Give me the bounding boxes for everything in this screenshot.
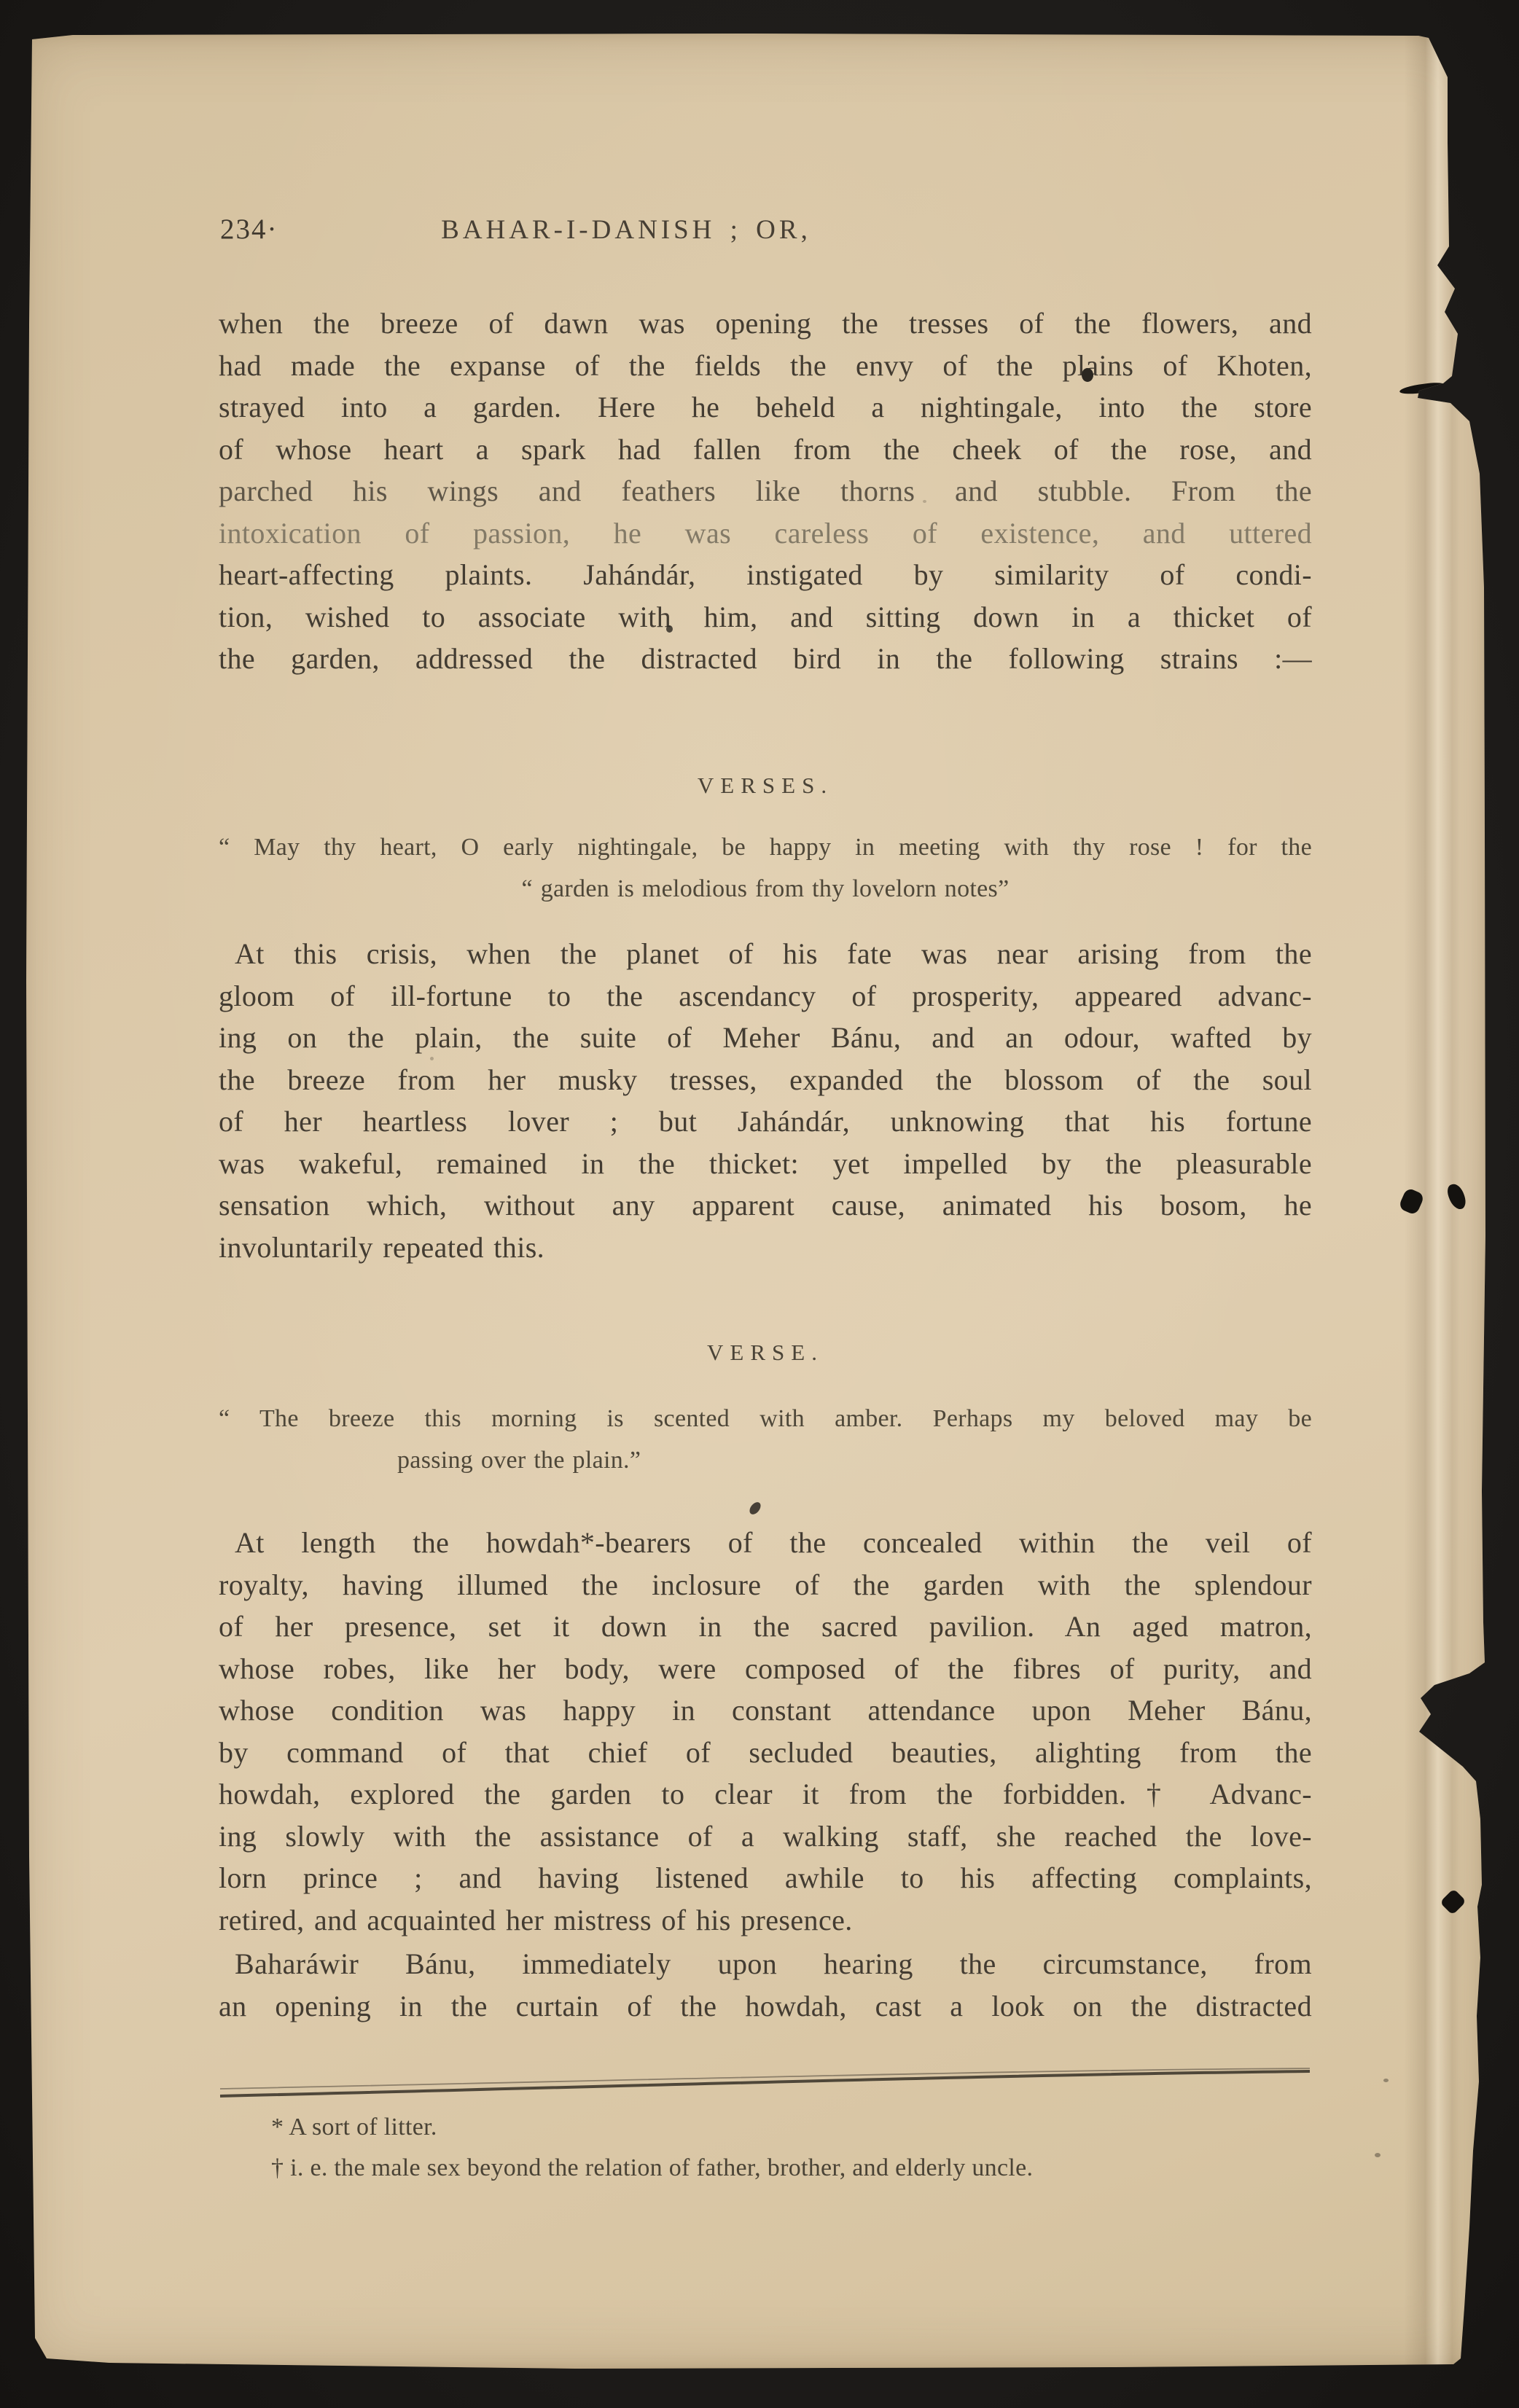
page-header: 234· BAHAR-I-DANISH ; OR, xyxy=(219,211,1312,262)
ink-blot xyxy=(1082,368,1093,382)
verse-line: passing over the plain.” xyxy=(219,1439,1312,1481)
paragraph-2: At this crisis, when the planet of his f… xyxy=(219,933,1312,1268)
verse-line: “ May thy heart, O early nightingale, be… xyxy=(219,826,1312,868)
text-line: At this crisis, when the planet of his f… xyxy=(219,933,1312,975)
text-line: of whose heart a spark had fallen from t… xyxy=(219,429,1312,471)
text-line: retired, and acquainted her mistress of … xyxy=(219,1899,1312,1942)
footnote-rule xyxy=(219,2060,1312,2103)
text-line: At length the howdah*-bearers of the con… xyxy=(219,1522,1312,1564)
text-line: by command of that chief of secluded bea… xyxy=(219,1732,1312,1774)
verse-2: “ The breeze this morning is scented wit… xyxy=(219,1398,1312,1481)
text-line: when the breeze of dawn was opening the … xyxy=(219,302,1312,345)
text-line: whose robes, like her body, were compose… xyxy=(219,1648,1312,1690)
text-line: the garden, addressed the distracted bir… xyxy=(219,638,1312,680)
text-line: tion, wished to associate with him, and … xyxy=(219,596,1312,638)
text-line: sensation which, without any apparent ca… xyxy=(219,1184,1312,1227)
verse-heading: VERSE. xyxy=(219,1340,1312,1366)
scanned-page-photo: 234· BAHAR-I-DANISH ; OR, when the breez… xyxy=(0,0,1519,2408)
footnote-2: † i. e. the male sex beyond the relation… xyxy=(219,2151,1364,2186)
text-line: the breeze from her musky tresses, expan… xyxy=(219,1059,1312,1101)
running-title: BAHAR-I-DANISH ; OR, xyxy=(219,214,1034,246)
text-line: gloom of ill-fortune to the ascendancy o… xyxy=(219,975,1312,1017)
paper-speck xyxy=(430,1057,434,1060)
paper-speck xyxy=(923,500,926,503)
verse-1: “ May thy heart, O early nightingale, be… xyxy=(219,826,1312,910)
text-line: ing on the plain, the suite of Meher Bán… xyxy=(219,1017,1312,1059)
verse-line: “ garden is melodious from thy lovelorn … xyxy=(219,868,1312,910)
verse-line: “ The breeze this morning is scented wit… xyxy=(219,1398,1312,1439)
text-line: an opening in the curtain of the howdah,… xyxy=(219,1985,1312,2028)
text-line: lorn prince ; and having listened awhile… xyxy=(219,1857,1312,1899)
text-line: had made the expanse of the fields the e… xyxy=(219,345,1312,387)
text-line: of her presence, set it down in the sacr… xyxy=(219,1606,1312,1648)
text-line: heart-affecting plaints. Jahándár, insti… xyxy=(219,554,1312,596)
ink-blot xyxy=(666,625,673,633)
text-line: strayed into a garden. Here he beheld a … xyxy=(219,386,1312,429)
paragraph-1: when the breeze of dawn was opening the … xyxy=(219,302,1312,680)
text-line: was wakeful, remained in the thicket: ye… xyxy=(219,1143,1312,1185)
text-line: parched his wings and feathers like thor… xyxy=(219,470,1312,512)
text-column: 234· BAHAR-I-DANISH ; OR, when the breez… xyxy=(219,34,1312,2369)
paragraph-4: Baharáwir Bánu, immediately upon hearing… xyxy=(219,1943,1312,2027)
paper-speck xyxy=(1383,2079,1389,2082)
verses-heading: VERSES. xyxy=(219,773,1312,799)
text-line: intoxication of passion, he was careless… xyxy=(219,512,1312,555)
text-line: howdah, explored the garden to clear it … xyxy=(219,1773,1312,1815)
footnote-1: * A sort of litter. xyxy=(219,2110,1364,2145)
text-line: ing slowly with the assistance of a walk… xyxy=(219,1815,1312,1858)
paragraph-3: At length the howdah*-bearers of the con… xyxy=(219,1522,1312,1941)
text-line: royalty, having illumed the inclosure of… xyxy=(219,1564,1312,1606)
text-line: involuntarily repeated this. xyxy=(219,1227,1312,1269)
paper-speck xyxy=(1375,2153,1381,2157)
text-line: Baharáwir Bánu, immediately upon hearing… xyxy=(219,1943,1312,1985)
text-line: whose condition was happy in constant at… xyxy=(219,1689,1312,1732)
paper-page: 234· BAHAR-I-DANISH ; OR, when the breez… xyxy=(22,34,1485,2369)
text-line: of her heartless lover ; but Jahándár, u… xyxy=(219,1101,1312,1143)
